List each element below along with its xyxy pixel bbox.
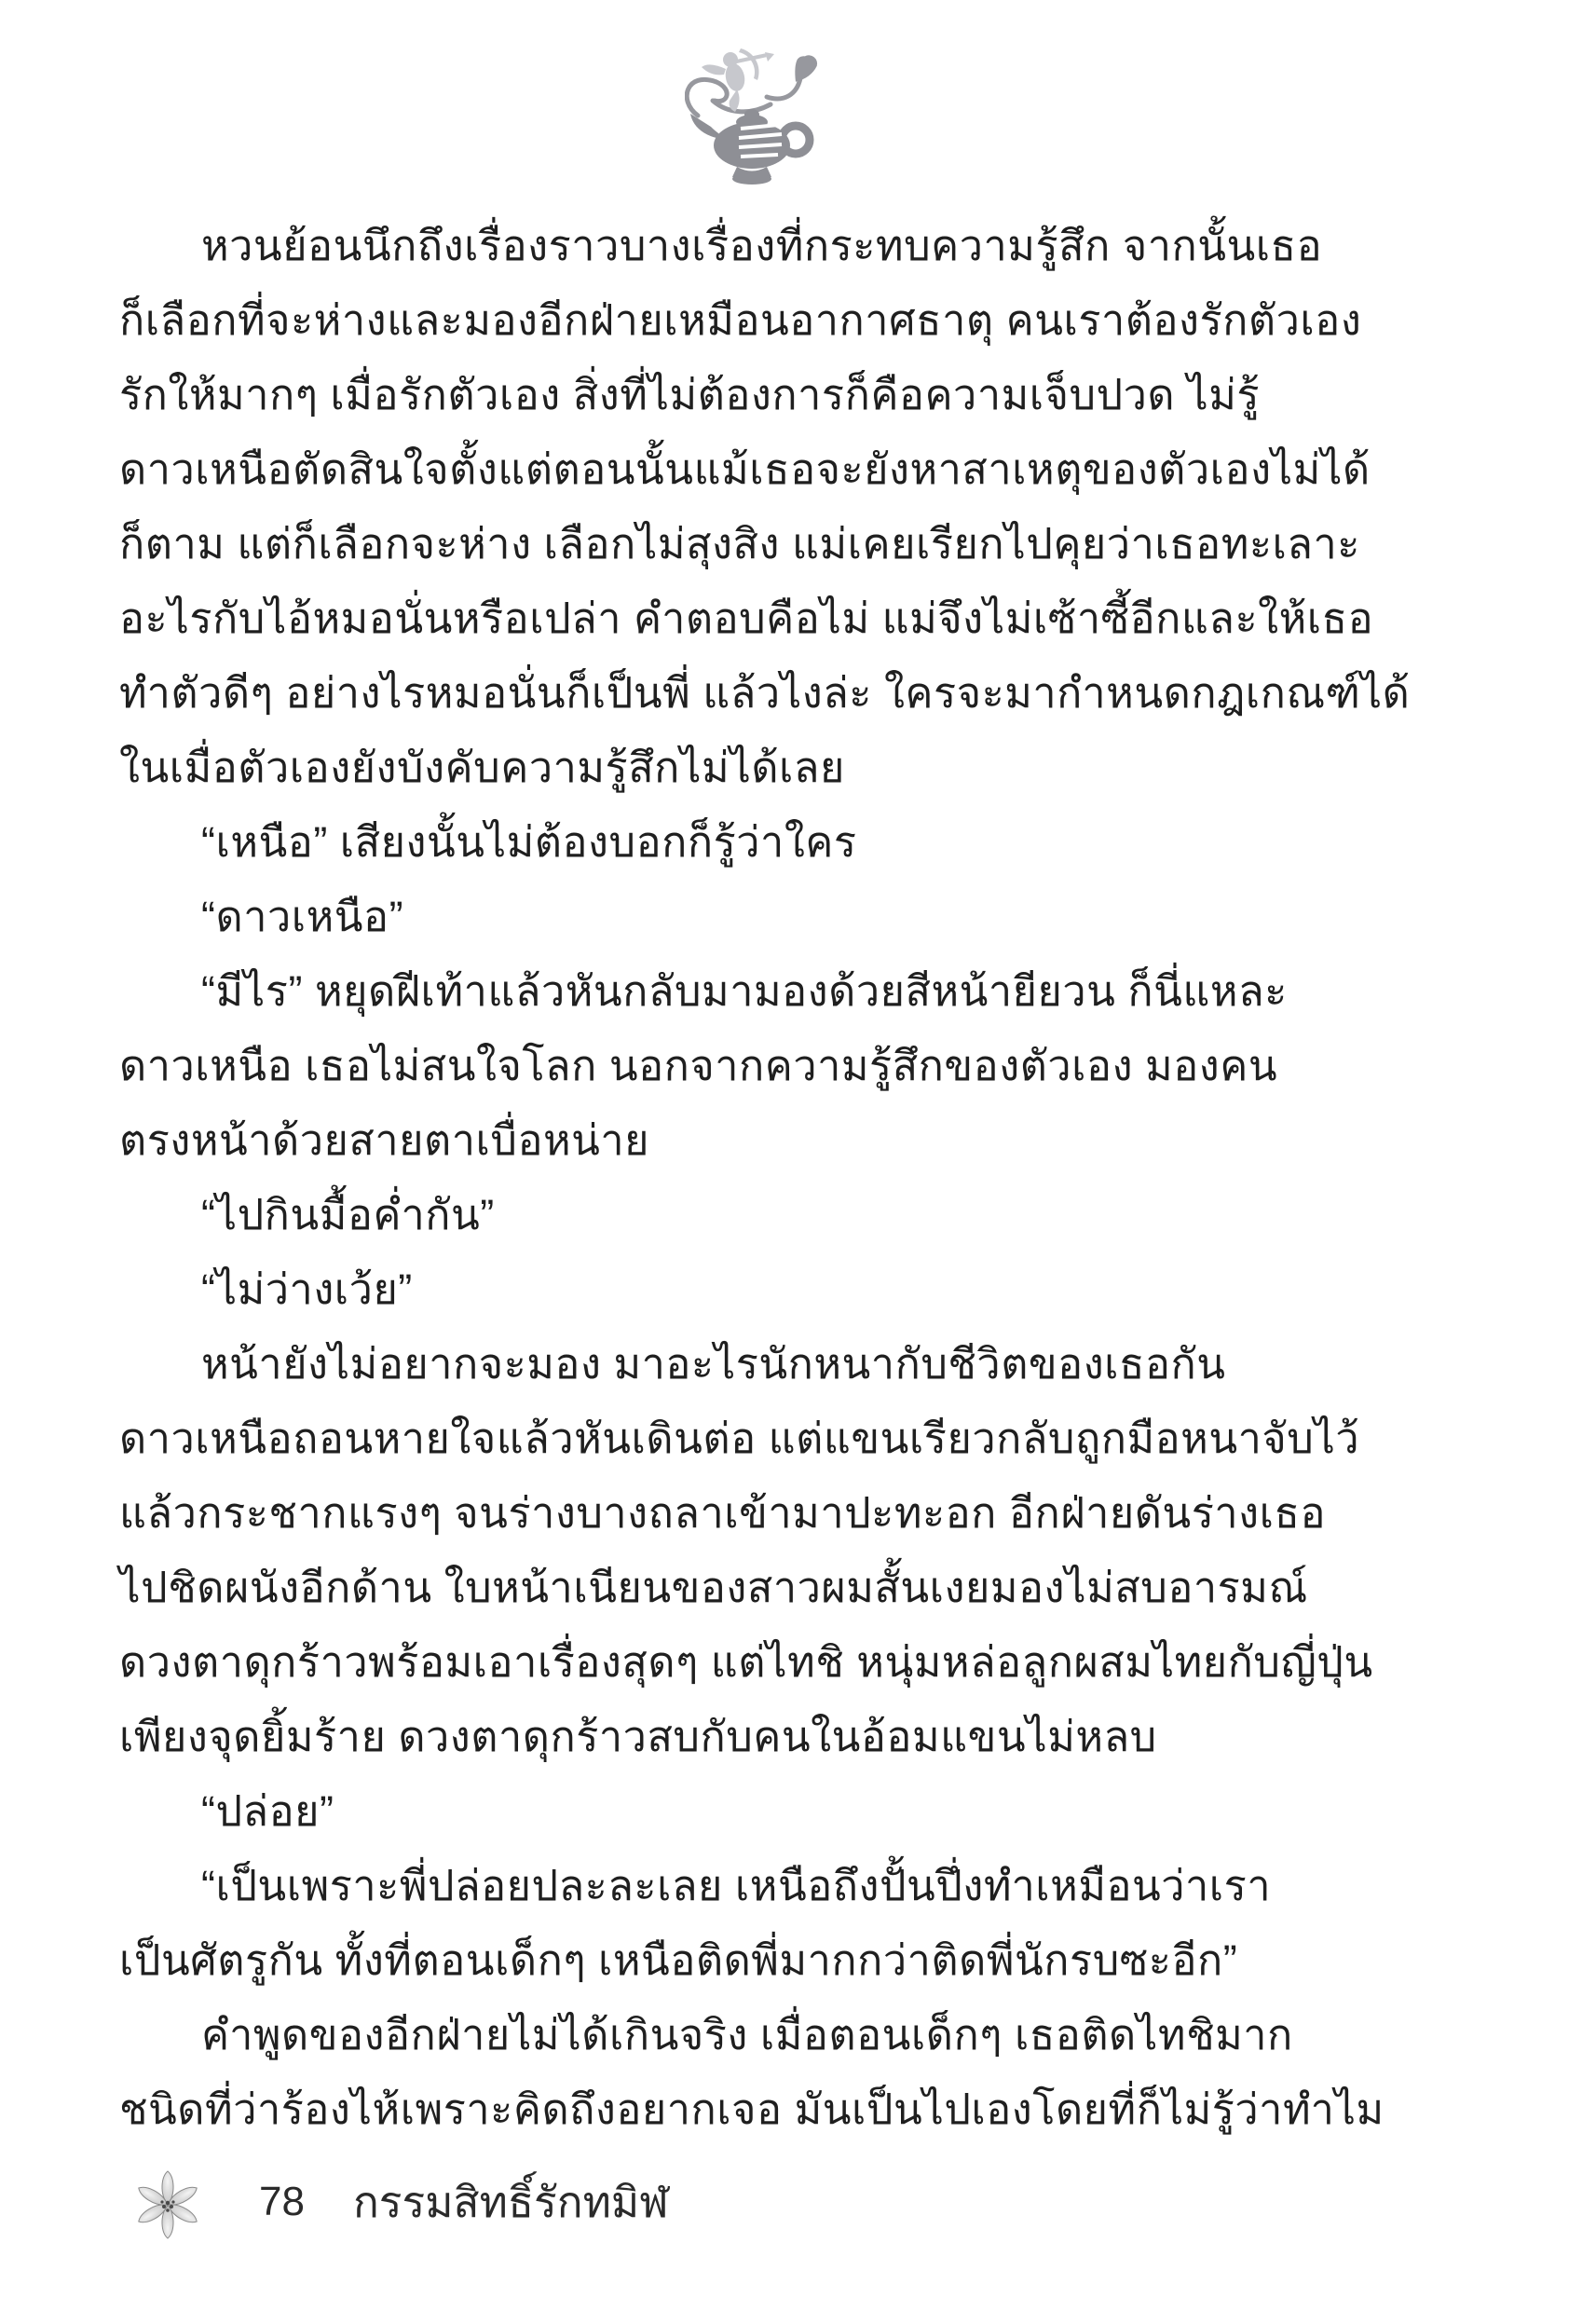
page-number: 78	[259, 2179, 305, 2225]
text-line: “ไปกินมื้อค่ำกัน”	[119, 1178, 1487, 1252]
text-line: “ดาวเหนือ”	[119, 880, 1487, 954]
text-line: ดาวเหนือถอนหายใจแล้วหันเดินต่อ แต่แขนเรี…	[119, 1402, 1487, 1476]
text-line: คำพูดของอีกฝ่ายไม่ได้เกินจริง เมื่อตอนเด…	[119, 1998, 1487, 2072]
text-line: ก็เลือกที่จะห่างและมองอีกฝ่ายเหมือนอากาศ…	[119, 283, 1487, 358]
text-line: “เป็นเพราะพี่ปล่อยปละละเลย เหนือถึงปั้นป…	[119, 1849, 1487, 1923]
text-line: ดวงตาดุกร้าวพร้อมเอาเรื่องสุดๆ แต่ไทชิ ห…	[119, 1625, 1487, 1700]
text-line: เป็นศัตรูกัน ทั้งที่ตอนเด็กๆ เหนือติดพี่…	[119, 1923, 1487, 1998]
text-line: “ปล่อย”	[119, 1774, 1487, 1849]
text-line: อะไรกับไอ้หมอนั่นหรือเปล่า คำตอบคือไม่ แ…	[119, 581, 1487, 656]
text-line: “ไม่ว่างเว้ย”	[119, 1252, 1487, 1327]
book-title: กรรมสิทธิ์รักทมิฬ	[353, 2168, 669, 2236]
text-line: “มีไร” หยุดฝีเท้าแล้วหันกลับมามองด้วยสีห…	[119, 954, 1487, 1029]
book-page: หวนย้อนนึกถึงเรื่องราวบางเรื่องที่กระทบค…	[0, 0, 1596, 2311]
genie-lamp-cupid-heart-ornament-icon	[685, 35, 825, 185]
text-line: รักให้มากๆ เมื่อรักตัวเอง สิ่งที่ไม่ต้อง…	[119, 358, 1487, 432]
text-lines: หวนย้อนนึกถึงเรื่องราวบางเรื่องที่กระทบค…	[119, 209, 1487, 2147]
text-line: หวนย้อนนึกถึงเรื่องราวบางเรื่องที่กระทบค…	[119, 209, 1487, 283]
text-line: ดาวเหนือตัดสินใจตั้งแต่ตอนนั้นแม้เธอจะยั…	[119, 432, 1487, 507]
text-line: ไปชิดผนังอีกด้าน ใบหน้าเนียนของสาวผมสั้น…	[119, 1551, 1487, 1625]
text-line: ในเมื่อตัวเองยังบังคับความรู้สึกไม่ได้เล…	[119, 731, 1487, 805]
page-footer: 78 กรรมสิทธิ์รักทมิฬ	[130, 2160, 669, 2244]
text-line: แล้วกระชากแรงๆ จนร่างบางถลาเข้ามาปะทะอก …	[119, 1476, 1487, 1551]
text-line: หน้ายังไม่อยากจะมอง มาอะไรนักหนากับชีวิต…	[119, 1327, 1487, 1402]
text-line: ดาวเหนือ เธอไม่สนใจโลก นอกจากความรู้สึกข…	[119, 1029, 1487, 1103]
text-line: ก็ตาม แต่ก็เลือกจะห่าง เลือกไม่สุงสิง แม…	[119, 507, 1487, 581]
text-line: ชนิดที่ว่าร้องไห้เพราะคิดถึงอยากเจอ มันเ…	[119, 2072, 1487, 2147]
text-line: ตรงหน้าด้วยสายตาเบื่อหน่าย	[119, 1103, 1487, 1178]
lily-flower-icon	[130, 2162, 205, 2242]
text-line: “เหนือ” เสียงนั้นไม่ต้องบอกก็รู้ว่าใคร	[119, 805, 1487, 880]
text-line: ทำตัวดีๆ อย่างไรหมอนั่นก็เป็นพี่ แล้วไงล…	[119, 656, 1487, 731]
text-line: เพียงจุดยิ้มร้าย ดวงตาดุกร้าวสบกับคนในอ้…	[119, 1700, 1487, 1774]
